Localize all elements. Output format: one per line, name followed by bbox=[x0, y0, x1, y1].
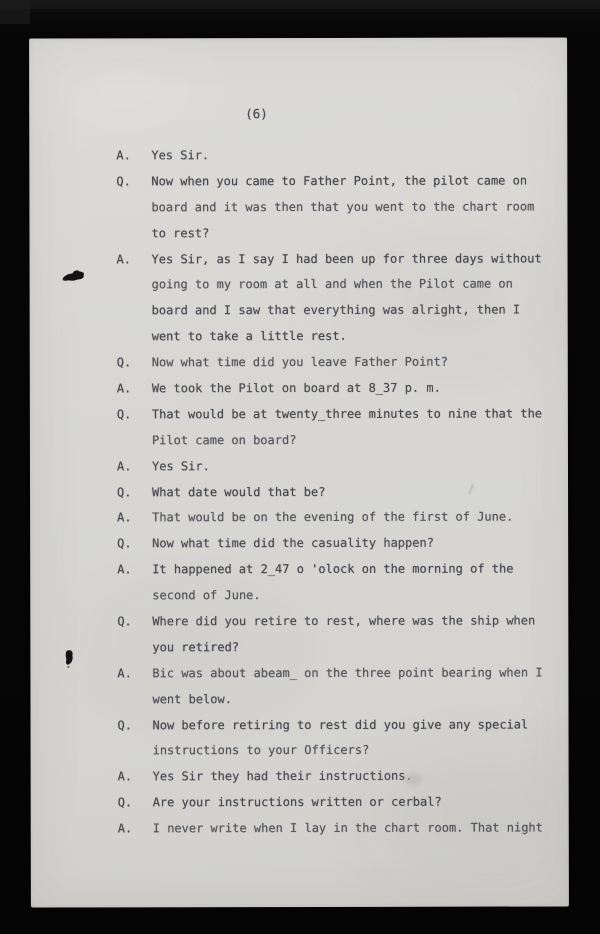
line-text: That would be on the evening of the firs… bbox=[152, 505, 513, 532]
line-text: Yes Sir. bbox=[151, 143, 209, 169]
line-text: Yes Sir they had their instructions. bbox=[153, 764, 413, 790]
line-text: going to my room at all and when the Pil… bbox=[152, 272, 513, 299]
line-text: board and I saw that everything was alri… bbox=[152, 298, 521, 325]
line-text: It happened at 2_47 o 'olock on the morn… bbox=[152, 557, 513, 584]
transcript-line: Q. Now before retiring to rest did you g… bbox=[31, 712, 569, 739]
line-text: went below. bbox=[152, 687, 232, 713]
photo-background: (6) A. Yes Sir. Q. Now when you came to … bbox=[0, 0, 600, 934]
transcript-line: Q. Where did you retire to rest, where w… bbox=[30, 608, 568, 635]
transcript-line: Q. Now what time did the casuality happe… bbox=[30, 531, 568, 558]
transcript-line: A. Yes Sir, as I say I had been up for t… bbox=[30, 246, 568, 273]
transcript-line: A. I never write when I lay in the chart… bbox=[31, 816, 569, 843]
document-page: (6) A. Yes Sir. Q. Now when you came to … bbox=[29, 37, 569, 907]
transcript-line: Q. That would be at twenty_three minutes… bbox=[30, 401, 568, 428]
transcript-line: Q. Now what time did you leave Father Po… bbox=[30, 350, 568, 377]
speaker-label: A. bbox=[117, 558, 132, 584]
background-top-band bbox=[0, 0, 600, 9]
transcript-line: you retired? bbox=[30, 634, 568, 661]
line-text: to rest? bbox=[151, 221, 209, 247]
transcript-line: instructions to your Officers? bbox=[31, 738, 569, 765]
speaker-label: A. bbox=[118, 817, 133, 843]
line-text: Are your instructions written or cerbal? bbox=[153, 790, 442, 817]
speaker-label: A. bbox=[118, 765, 133, 791]
speaker-label: Q. bbox=[117, 609, 132, 635]
line-text: Bic was about abeam_ on the three point … bbox=[152, 660, 542, 687]
line-text: Yes Sir. bbox=[152, 454, 210, 480]
transcript: A. Yes Sir. Q. Now when you came to Fath… bbox=[29, 142, 568, 842]
transcript-line: going to my room at all and when the Pil… bbox=[30, 272, 568, 299]
transcript-line: board and it was then that you went to t… bbox=[29, 194, 567, 221]
line-text: instructions to your Officers? bbox=[153, 738, 370, 764]
speaker-label: Q. bbox=[117, 532, 132, 558]
line-text: you retired? bbox=[152, 635, 239, 661]
line-text: Where did you retire to rest, where was … bbox=[152, 609, 535, 636]
transcript-line: Q. Are your instructions written or cerb… bbox=[31, 790, 569, 817]
line-text: went to take a little rest. bbox=[152, 324, 347, 350]
ink-blot-icon bbox=[61, 265, 87, 285]
transcript-line: A. Yes Sir. bbox=[30, 453, 568, 480]
transcript-line: Q. What date would that be? bbox=[30, 479, 568, 506]
line-text: second of June. bbox=[152, 583, 260, 609]
speaker-label: A. bbox=[117, 376, 132, 402]
speaker-label: A. bbox=[117, 247, 132, 273]
transcript-line: second of June. bbox=[30, 583, 568, 610]
transcript-line: board and I saw that everything was alri… bbox=[30, 298, 568, 325]
speaker-label: Q. bbox=[117, 402, 132, 428]
speaker-label: Q. bbox=[118, 791, 133, 817]
line-text: We took the Pilot on board at 8_37 p. m. bbox=[152, 376, 441, 403]
transcript-line: Q. Now when you came to Father Point, th… bbox=[29, 168, 567, 195]
speaker-label: A. bbox=[116, 143, 131, 169]
ink-blot-icon bbox=[62, 649, 76, 669]
transcript-line: went to take a little rest. bbox=[30, 324, 568, 351]
line-text: Now when you came to Father Point, the p… bbox=[151, 168, 527, 195]
line-text: Now what time did you leave Father Point… bbox=[152, 350, 448, 377]
transcript-line: A. We took the Pilot on board at 8_37 p.… bbox=[30, 375, 568, 402]
transcript-line: A. It happened at 2_47 o 'olock on the m… bbox=[30, 557, 568, 584]
transcript-line: Pilot came on board? bbox=[30, 427, 568, 454]
page-number: (6) bbox=[245, 106, 268, 121]
line-text: That would be at twenty_three minutes to… bbox=[152, 401, 542, 428]
transcript-line: A. Yes Sir. bbox=[29, 142, 567, 169]
transcript-line: A. Yes Sir they had their instructions. bbox=[31, 764, 569, 791]
line-text: I never write when I lay in the chart ro… bbox=[153, 816, 543, 843]
transcript-line: A. Bic was about abeam_ on the three poi… bbox=[30, 660, 568, 687]
line-text: Pilot came on board? bbox=[152, 428, 297, 454]
speaker-label: A. bbox=[117, 661, 132, 687]
line-text: Now what time did the casuality happen? bbox=[152, 531, 434, 557]
speaker-label: A. bbox=[117, 454, 132, 480]
background-corner-patch bbox=[0, 0, 30, 24]
speaker-label: A. bbox=[117, 506, 132, 532]
line-text: Now before retiring to rest did you give… bbox=[153, 712, 529, 739]
line-text: What date would that be? bbox=[152, 480, 325, 506]
speaker-label: Q. bbox=[116, 169, 131, 195]
transcript-line: to rest? bbox=[29, 220, 567, 247]
line-text: Yes Sir, as I say I had been up for thre… bbox=[152, 246, 542, 273]
line-text: board and it was then that you went to t… bbox=[151, 194, 534, 221]
smudge-mark bbox=[405, 774, 423, 785]
transcript-line: A. That would be on the evening of the f… bbox=[30, 505, 568, 532]
transcript-line: went below. bbox=[30, 686, 568, 713]
speaker-label: Q. bbox=[117, 350, 132, 376]
speaker-label: Q. bbox=[118, 713, 133, 739]
speaker-label: Q. bbox=[117, 480, 132, 506]
